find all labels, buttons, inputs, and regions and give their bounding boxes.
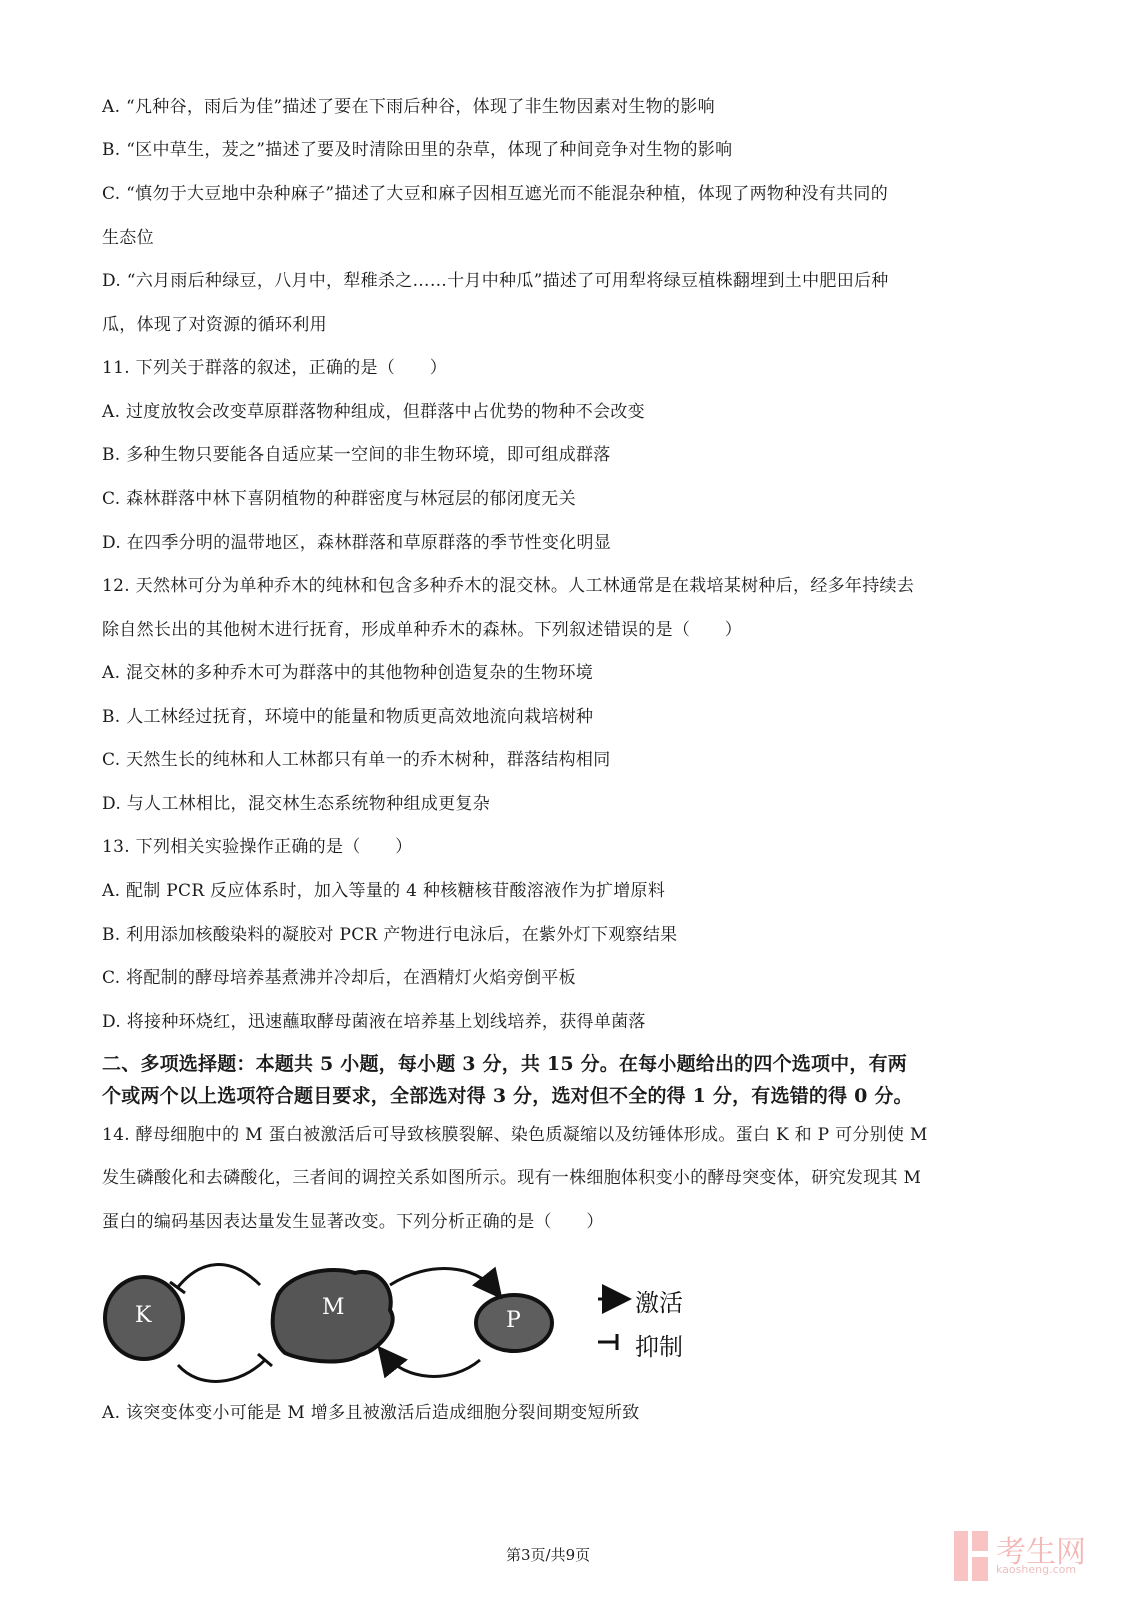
regulation-diagram-svg: [100, 1255, 720, 1385]
q10-option-b: B. “区中草生，茇之”描述了要及时清除田里的杂草，体现了种间竞争对生物的影响: [102, 139, 732, 161]
legend-inhibit: 抑制: [635, 1327, 683, 1362]
q10-option-d: D. “六月雨后种绿豆，八月中，犁稚杀之……十月中种瓜”描述了可用犁将绿豆植株翻…: [102, 270, 889, 292]
regulation-diagram: K M P 激活 抑制: [100, 1255, 720, 1385]
label-m: M: [322, 1295, 345, 1320]
q11-stem: 11. 下列关于群落的叙述，正确的是（ ）: [102, 357, 447, 379]
q12-stem-2: 除自然长出的其他树木进行抚育，形成单种乔木的森林。下列叙述错误的是（ ）: [102, 619, 742, 641]
q13-option-d: D. 将接种环烧红，迅速蘸取酵母菌液在培养基上划线培养，获得单菌落: [102, 1011, 646, 1033]
q13-option-c: C. 将配制的酵母培养基煮沸并冷却后，在酒精灯火焰旁倒平板: [102, 967, 576, 989]
page-number: 第3页/共9页: [506, 1544, 590, 1565]
q13-option-a: A. 配制 PCR 反应体系时，加入等量的 4 种核糖核苷酸溶液作为扩增原料: [102, 880, 665, 902]
section2-heading-1: 二、多项选择题：本题共 5 小题，每小题 3 分，共 15 分。在每小题给出的四…: [102, 1053, 907, 1075]
watermark-url: kaosheng.com: [996, 1563, 1076, 1576]
q10-option-c: C. “慎勿于大豆地中杂种麻子”描述了大豆和麻子因相互遮光而不能混杂种植，体现了…: [102, 183, 888, 205]
section2-heading-2: 个或两个以上选项符合题目要求，全部选对得 3 分，选对但不全的得 1 分，有选错…: [102, 1085, 913, 1107]
q10-option-a: A. “凡种谷，雨后为佳”描述了要在下雨后种谷，体现了非生物因素对生物的影响: [102, 96, 715, 118]
legend-activate: 激活: [635, 1283, 683, 1318]
q14-stem-2: 发生磷酸化和去磷酸化，三者间的调控关系如图所示。现有一株细胞体积变小的酵母突变体…: [102, 1167, 921, 1189]
q10-option-c-cont: 生态位: [102, 227, 154, 249]
q11-option-b: B. 多种生物只要能各自适应某一空间的非生物环境，即可组成群落: [102, 444, 611, 466]
q14-option-a: A. 该突变体变小可能是 M 增多且被激活后造成细胞分裂间期变短所致: [102, 1402, 640, 1424]
q11-option-a: A. 过度放牧会改变草原群落物种组成，但群落中占优势的物种不会改变: [102, 401, 645, 423]
label-p: P: [506, 1308, 521, 1333]
q11-option-c: C. 森林群落中林下喜阴植物的种群密度与林冠层的郁闭度无关: [102, 488, 576, 510]
q13-stem: 13. 下列相关实验操作正确的是（ ）: [102, 836, 412, 858]
watermark-logo-icon: [954, 1531, 968, 1581]
q12-option-a: A. 混交林的多种乔木可为群落中的其他物种创造复杂的生物环境: [102, 662, 593, 684]
q12-option-b: B. 人工林经过抚育，环境中的能量和物质更高效地流向栽培树种: [102, 706, 593, 728]
label-k: K: [135, 1303, 151, 1328]
q14-stem-3: 蛋白的编码基因表达量发生显著改变。下列分析正确的是（ ）: [102, 1211, 604, 1233]
q10-option-d-cont: 瓜，体现了对资源的循环利用: [102, 314, 327, 336]
q13-option-b: B. 利用添加核酸染料的凝胶对 PCR 产物进行电泳后，在紫外灯下观察结果: [102, 924, 677, 946]
q14-stem-1: 14. 酵母细胞中的 M 蛋白被激活后可导致核膜裂解、染色质凝缩以及纺锤体形成。…: [102, 1124, 928, 1146]
q12-stem-1: 12. 天然林可分为单种乔木的纯林和包含多种乔木的混交林。人工林通常是在栽培某树…: [102, 575, 914, 597]
q11-option-d: D. 在四季分明的温带地区，森林群落和草原群落的季节性变化明显: [102, 532, 611, 554]
q12-option-d: D. 与人工林相比，混交林生态系统物种组成更复杂: [102, 793, 490, 815]
q12-option-c: C. 天然生长的纯林和人工林都只有单一的乔木树种，群落结构相同: [102, 749, 611, 771]
watermark: 考生网 kaosheng.com: [954, 1527, 1104, 1583]
